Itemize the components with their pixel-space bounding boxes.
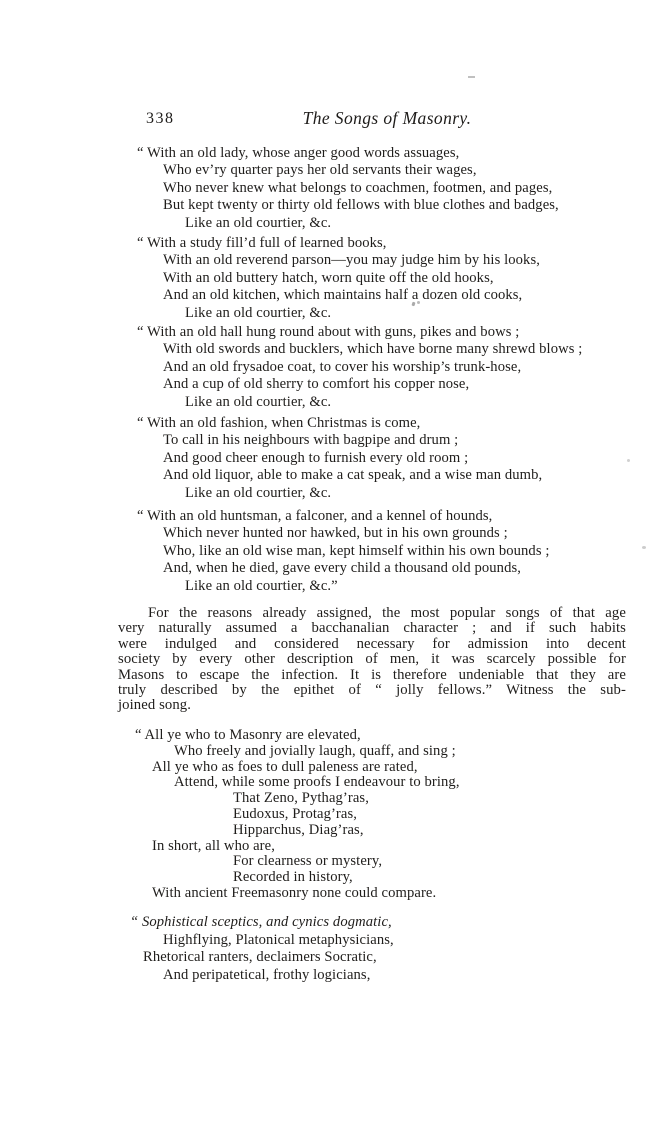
paragraph-line: very naturally assumed a bacchanalian ch… <box>118 621 626 636</box>
poem-line: With an old reverend parson—you may judg… <box>118 252 626 269</box>
poem-line: Who freely and jovially laugh, quaff, an… <box>118 744 626 760</box>
poem-line: Like an old courtier, &c. <box>118 485 626 502</box>
poem-line: Attend, while some proofs I endeavour to… <box>118 775 626 791</box>
paragraph-line: For the reasons already assigned, the mo… <box>118 606 626 621</box>
poem-line: In short, all who are, <box>118 839 626 855</box>
poem-line: With an old buttery hatch, worn quite of… <box>118 270 626 287</box>
poem-line: But kept twenty or thirty old fellows wi… <box>118 197 626 214</box>
poem-line: Highflying, Platonical metaphysicians, <box>118 932 626 950</box>
courtier-stanza-3: “ With an old hall hung round about with… <box>118 324 626 411</box>
running-title: The Songs of Masonry. <box>118 108 626 129</box>
poem-line: “ With a study fill’d full of learned bo… <box>118 235 626 252</box>
poem-line: “ With an old huntsman, a falconer, and … <box>118 508 626 525</box>
poem-line: And old liquor, able to make a cat speak… <box>118 467 626 484</box>
poem-line: Like an old courtier, &c. <box>118 215 626 232</box>
page-header: 338 The Songs of Masonry. <box>118 108 626 132</box>
courtier-stanza-1: “ With an old lady, whose anger good wor… <box>118 145 626 232</box>
poem-line: “ With an old fashion, when Christmas is… <box>118 415 626 432</box>
poem-line: Eudoxus, Protag’ras, <box>118 807 626 823</box>
scan-artifact <box>468 76 475 78</box>
poem-line: Who never knew what belongs to coachmen,… <box>118 180 626 197</box>
paragraph-line: were indulged and considered necessary f… <box>118 637 626 652</box>
courtier-stanza-4: “ With an old fashion, when Christmas is… <box>118 415 626 502</box>
poem-line: With old swords and bucklers, which have… <box>118 341 626 358</box>
poem-line: Who, like an old wise man, kept himself … <box>118 543 626 560</box>
poem-line: And, when he died, gave every child a th… <box>118 560 626 577</box>
poem-line: “ Sophistical sceptics, and cynics dogma… <box>118 914 626 932</box>
poem-line: “ With an old lady, whose anger good wor… <box>118 145 626 162</box>
poem-line: And an old kitchen, which maintains half… <box>118 287 626 304</box>
poem-line: For clearness or mystery, <box>118 854 626 870</box>
courtier-stanza-5: “ With an old huntsman, a falconer, and … <box>118 508 626 595</box>
poem-line: All ye who as foes to dull paleness are … <box>118 760 626 776</box>
paragraph-line: truly described by the epithet of “ joll… <box>118 683 626 698</box>
poem-line: Recorded in history, <box>118 870 626 886</box>
poem-line: With ancient Freemasonry none could comp… <box>118 886 626 902</box>
poem-line: “ With an old hall hung round about with… <box>118 324 626 341</box>
poem-line: And good cheer enough to furnish every o… <box>118 450 626 467</box>
poem-line: Like an old courtier, &c. <box>118 305 626 322</box>
paragraph-line: society by every other description of me… <box>118 652 626 667</box>
scan-artifact <box>642 546 646 549</box>
poem-line: Rhetorical ranters, declaimers Socratic, <box>118 949 626 967</box>
paragraph-line: joined song. <box>118 698 626 713</box>
song-stanza-1: “ All ye who to Masonry are elevated,Who… <box>118 728 626 902</box>
poem-line: And an old frysadoe coat, to cover his w… <box>118 359 626 376</box>
prose-paragraph: For the reasons already assigned, the mo… <box>118 606 626 714</box>
poem-line: That Zeno, Pythag’ras, <box>118 791 626 807</box>
song-stanza-2: “ Sophistical sceptics, and cynics dogma… <box>118 914 626 984</box>
poem-line: Like an old courtier, &c.” <box>118 578 626 595</box>
poem-line: To call in his neighbours with bagpipe a… <box>118 432 626 449</box>
scan-artifact <box>417 301 420 304</box>
scan-artifact <box>627 459 630 462</box>
poem-line: And peripatetical, frothy logicians, <box>118 967 626 985</box>
poem-line: Which never hunted nor hawked, but in hi… <box>118 525 626 542</box>
book-page: 338 The Songs of Masonry. “ With an old … <box>0 0 657 1131</box>
poem-line: Who ev’ry quarter pays her old servants … <box>118 162 626 179</box>
paragraph-line: Masons to escape the infection. It is th… <box>118 668 626 683</box>
courtier-stanza-2: “ With a study fill’d full of learned bo… <box>118 235 626 322</box>
poem-line: “ All ye who to Masonry are elevated, <box>118 728 626 744</box>
poem-line: And a cup of old sherry to comfort his c… <box>118 376 626 393</box>
poem-line: Like an old courtier, &c. <box>118 394 626 411</box>
poem-line: Hipparchus, Diag’ras, <box>118 823 626 839</box>
